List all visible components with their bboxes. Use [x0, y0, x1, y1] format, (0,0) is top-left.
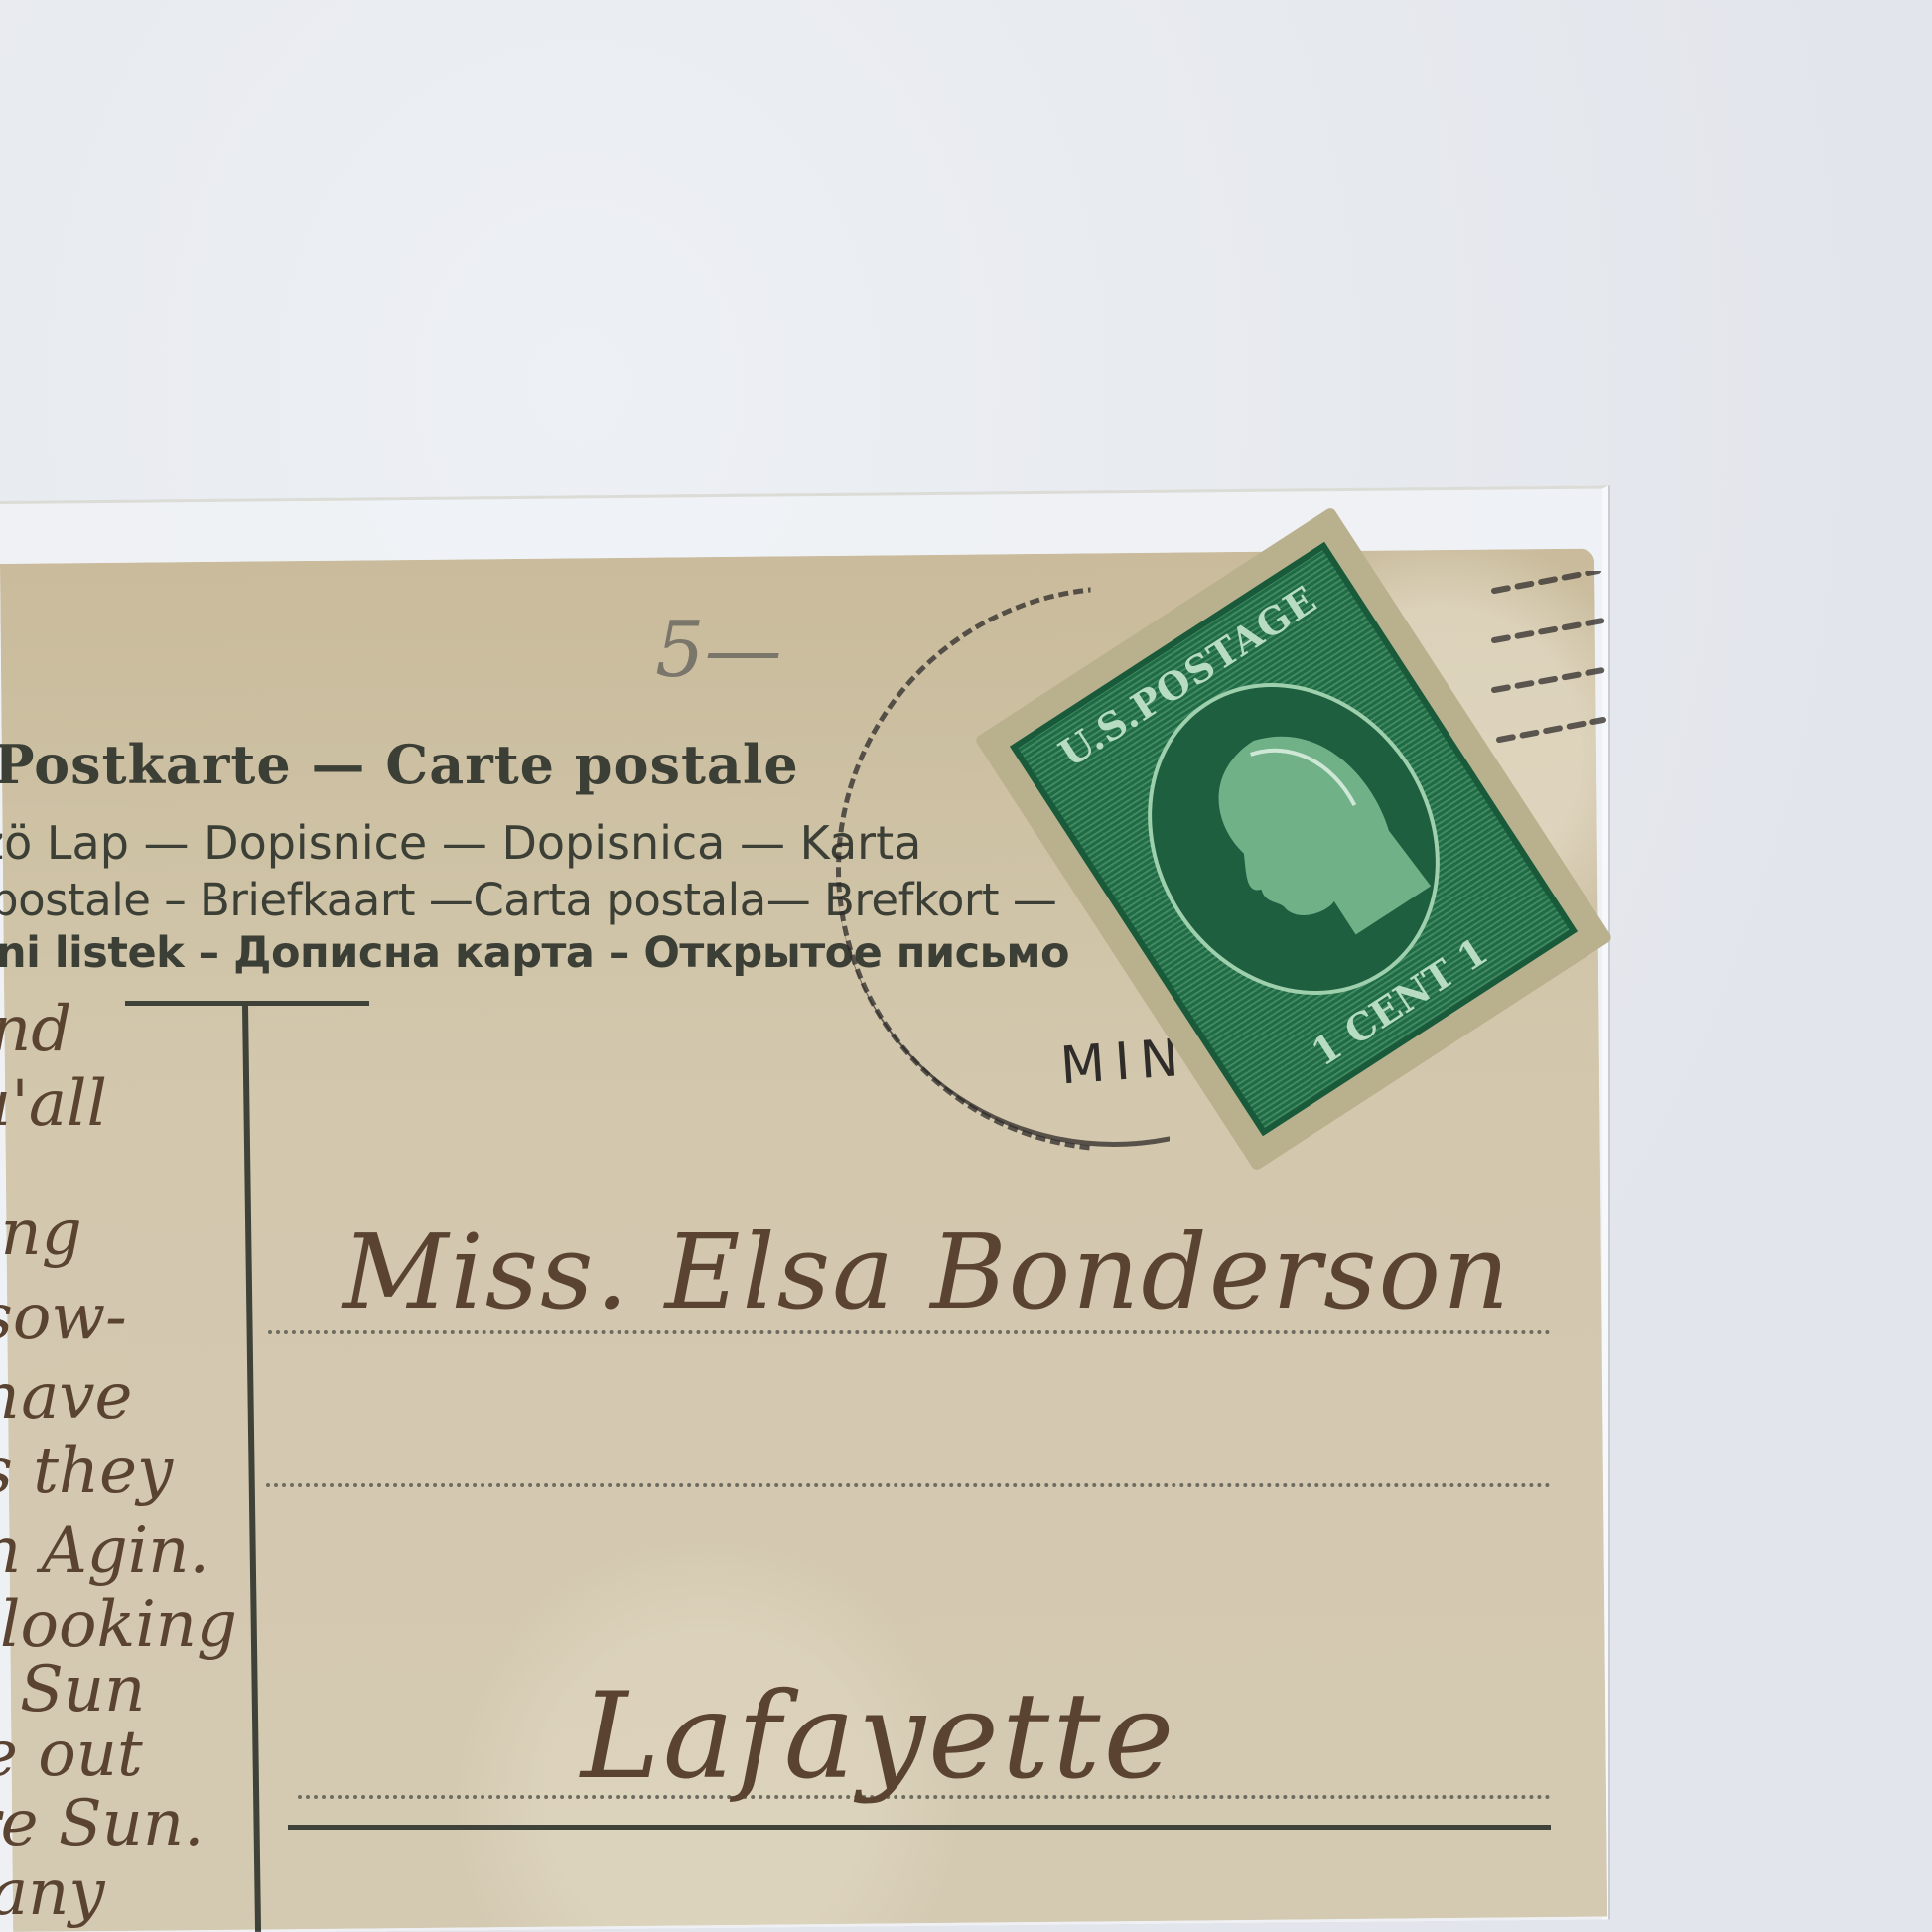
message-line: have [0, 1360, 132, 1434]
postcard-header-line-2: zö Lap — Dopisnice — Dopisnica — Karta [0, 816, 921, 870]
recipient-city: Lafayette [581, 1668, 1176, 1806]
message-line: re Sun. [0, 1787, 204, 1861]
washington-profile-icon [1143, 681, 1445, 998]
message-line: nd [0, 993, 71, 1066]
message-line: sow- [0, 1281, 127, 1354]
message-line: s they [0, 1435, 173, 1508]
postcard-title: Postkarte — Carte postale [0, 733, 799, 796]
address-line-2 [266, 1483, 1551, 1487]
message-line: u'all [0, 1067, 107, 1141]
message-line: any [0, 1857, 105, 1930]
address-bottom-rule [288, 1825, 1551, 1830]
message-line: Sun [20, 1653, 145, 1726]
message-line: looking [0, 1588, 237, 1662]
message-line: e out [0, 1718, 143, 1791]
message-line: n Agin. [0, 1514, 209, 1587]
message-line: ing [0, 1196, 82, 1270]
pencil-price-mark: 5— [655, 606, 782, 695]
recipient-name: Miss. Elsa Bonderson [343, 1211, 1511, 1332]
